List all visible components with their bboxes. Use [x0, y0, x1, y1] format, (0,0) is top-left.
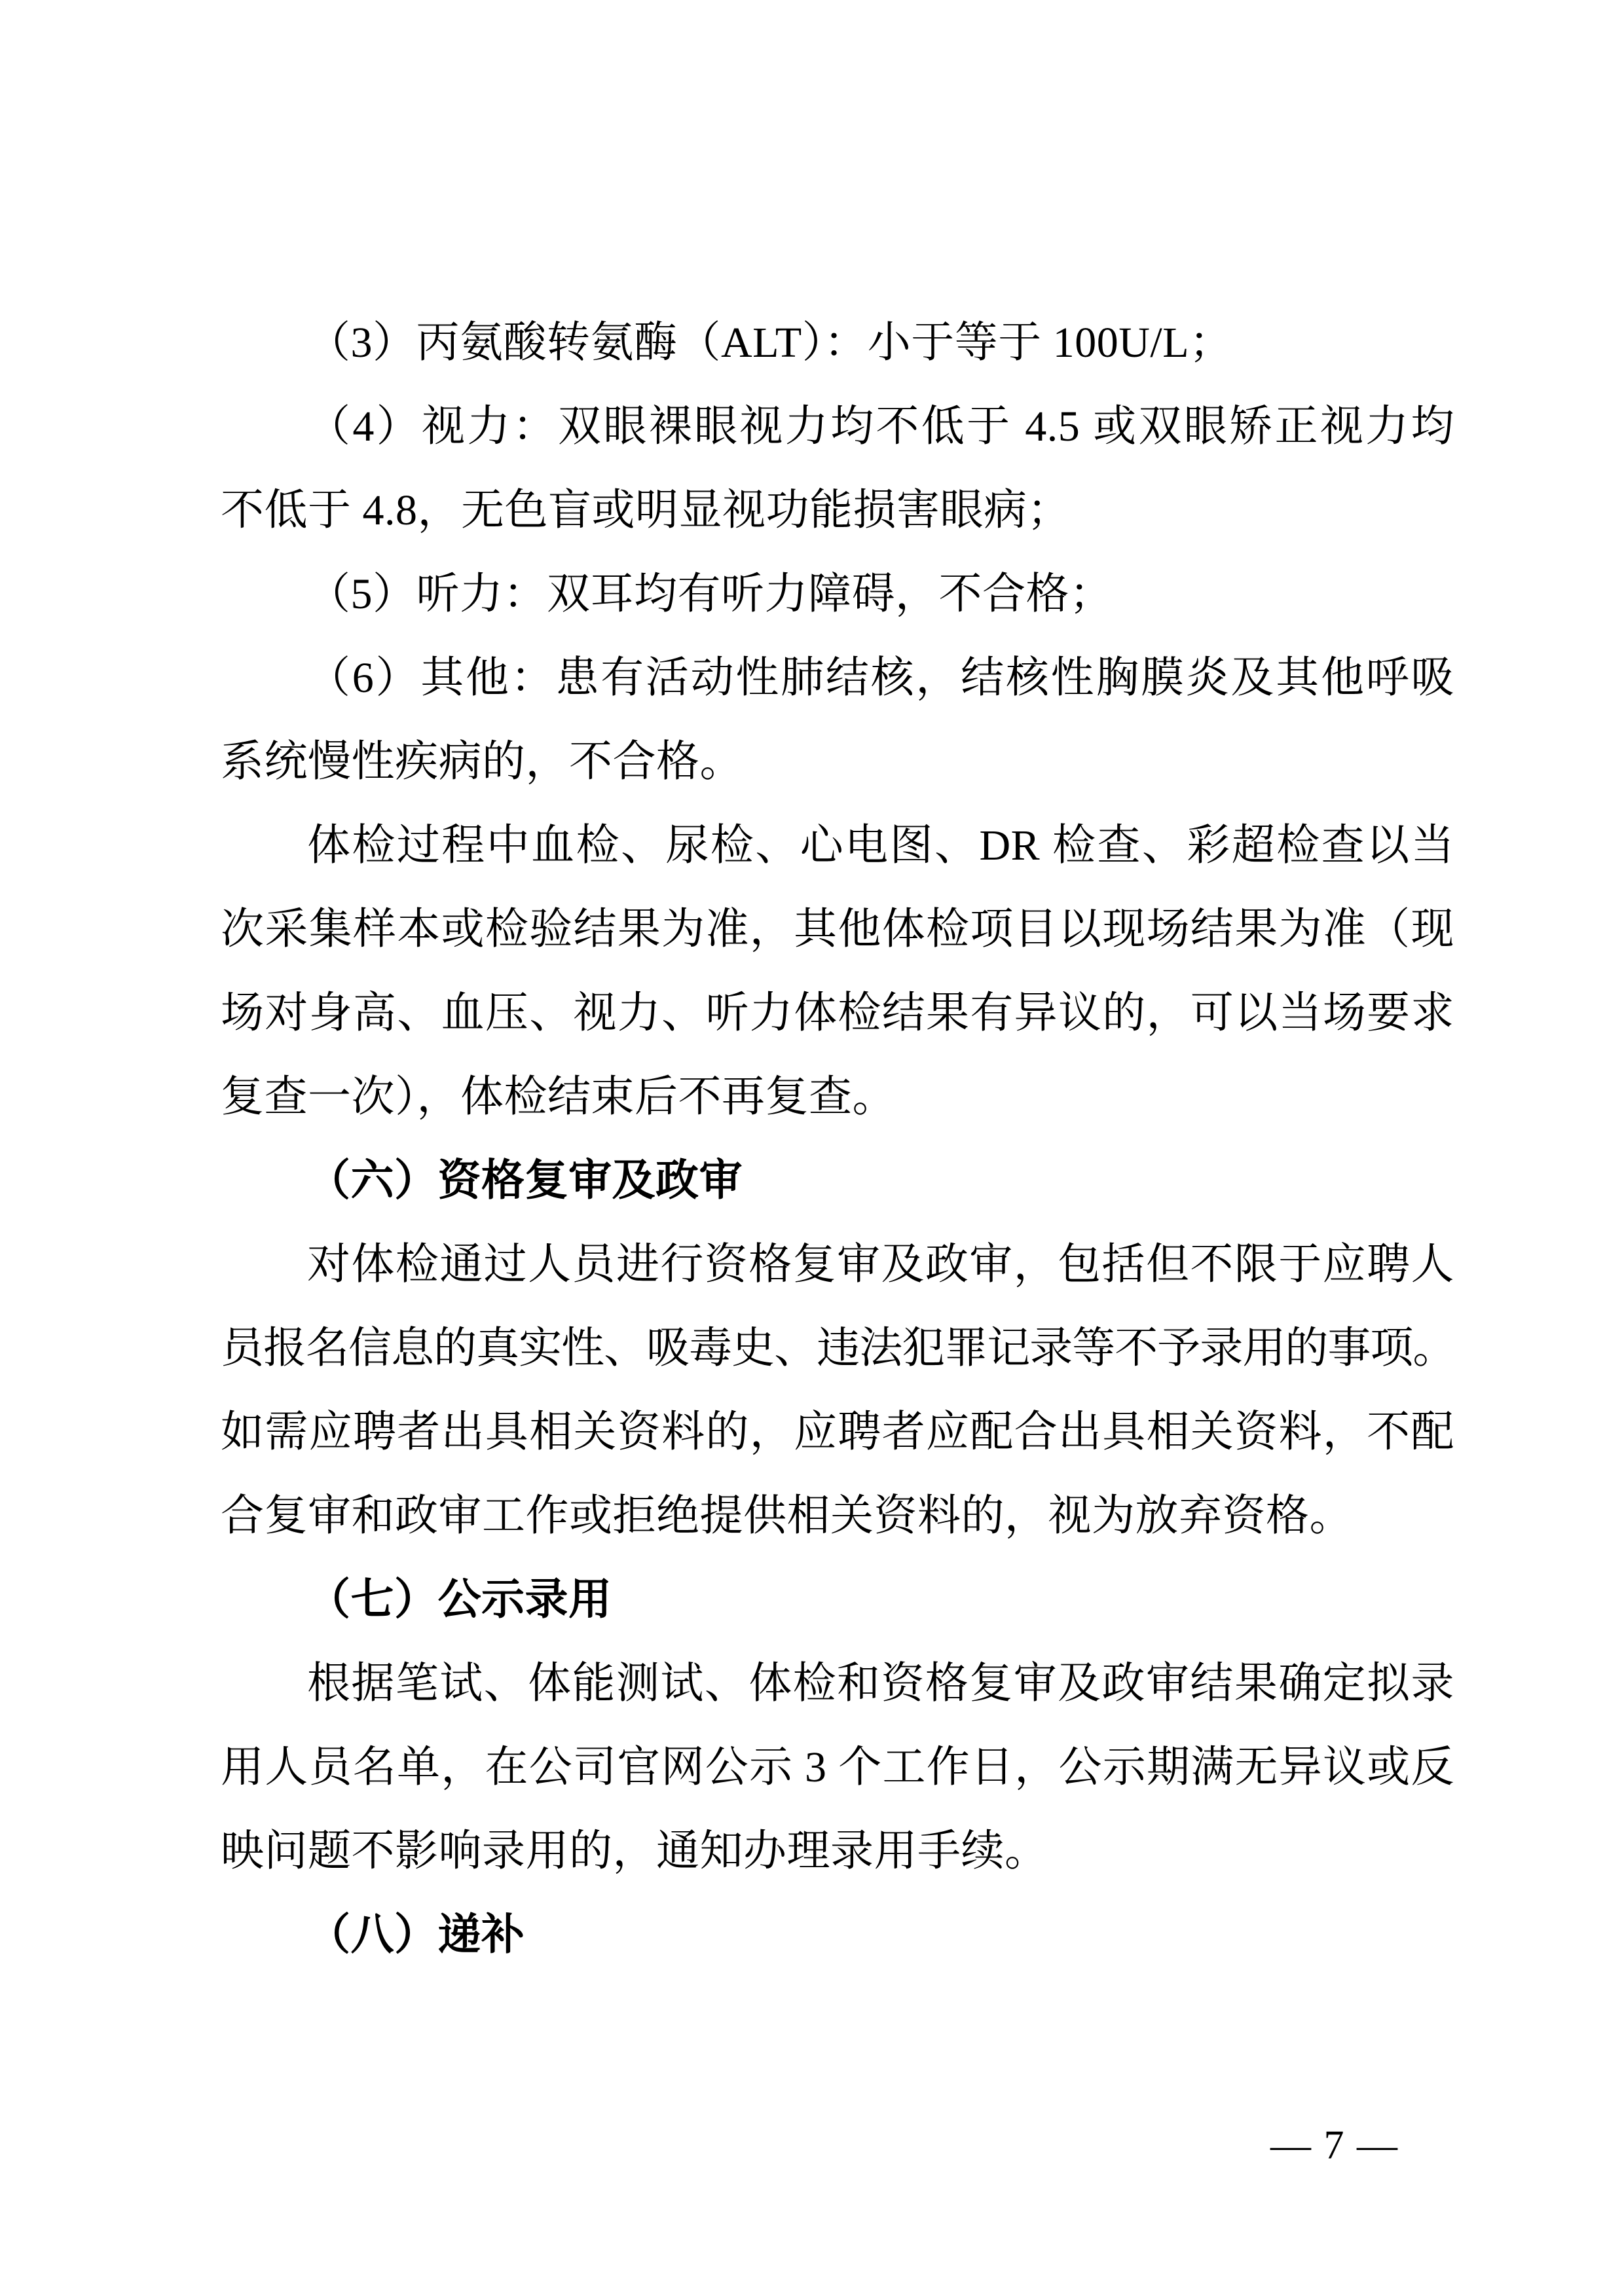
document-page: （3）丙氨酸转氨酶（ALT）：小于等于 100U/L； （4）视力：双眼裸眼视力…	[0, 0, 1624, 2296]
body-line: 员报名信息的真实性、吸毒史、违法犯罪记录等不予录用的事项。	[221, 1323, 1454, 1374]
body-line: 复查一次），体检结束后不再复查。	[221, 1072, 896, 1123]
body-line: 系统慢性疾病的，不合格。	[221, 737, 743, 788]
body-line: 用人员名单，在公司官网公示 3 个工作日，公示期满无异议或反	[221, 1742, 1454, 1793]
page-number: — 7 —	[1270, 2121, 1399, 2170]
body-line: 不低于 4.8，无色盲或明显视功能损害眼病；	[221, 485, 1071, 536]
body-line: 合复审和政审工作或拒绝提供相关资料的，视为放弃资格。	[221, 1491, 1353, 1542]
body-line: 体检过程中血检、尿检、心电图、DR 检查、彩超检查以当	[307, 820, 1454, 871]
body-line: 对体检通过人员进行资格复审及政审，包括但不限于应聘人	[307, 1239, 1454, 1290]
body-line: 场对身高、血压、视力、听力体检结果有异议的，可以当场要求	[221, 988, 1454, 1039]
section-heading-6: （六）资格复审及政审	[307, 1156, 743, 1207]
body-line: （5）听力：双耳均有听力障碍，不合格；	[307, 569, 1113, 620]
body-line: 根据笔试、体能测试、体检和资格复审及政审结果确定拟录	[307, 1658, 1454, 1709]
body-line: 如需应聘者出具相关资料的，应聘者应配合出具相关资料，不配	[221, 1407, 1454, 1458]
body-line: （6）其他：患有活动性肺结核，结核性胸膜炎及其他呼吸	[307, 653, 1454, 704]
section-heading-7: （七）公示录用	[307, 1575, 612, 1626]
body-line: （3）丙氨酸转氨酶（ALT）：小于等于 100U/L；	[307, 318, 1233, 369]
section-heading-8: （八）递补	[307, 1910, 525, 1961]
body-line: 映问题不影响录用的，通知办理录用手续。	[221, 1826, 1048, 1877]
body-line: 次采集样本或检验结果为准，其他体检项目以现场结果为准（现	[221, 904, 1454, 955]
body-line: （4）视力：双眼裸眼视力均不低于 4.5 或双眼矫正视力均	[307, 401, 1454, 452]
